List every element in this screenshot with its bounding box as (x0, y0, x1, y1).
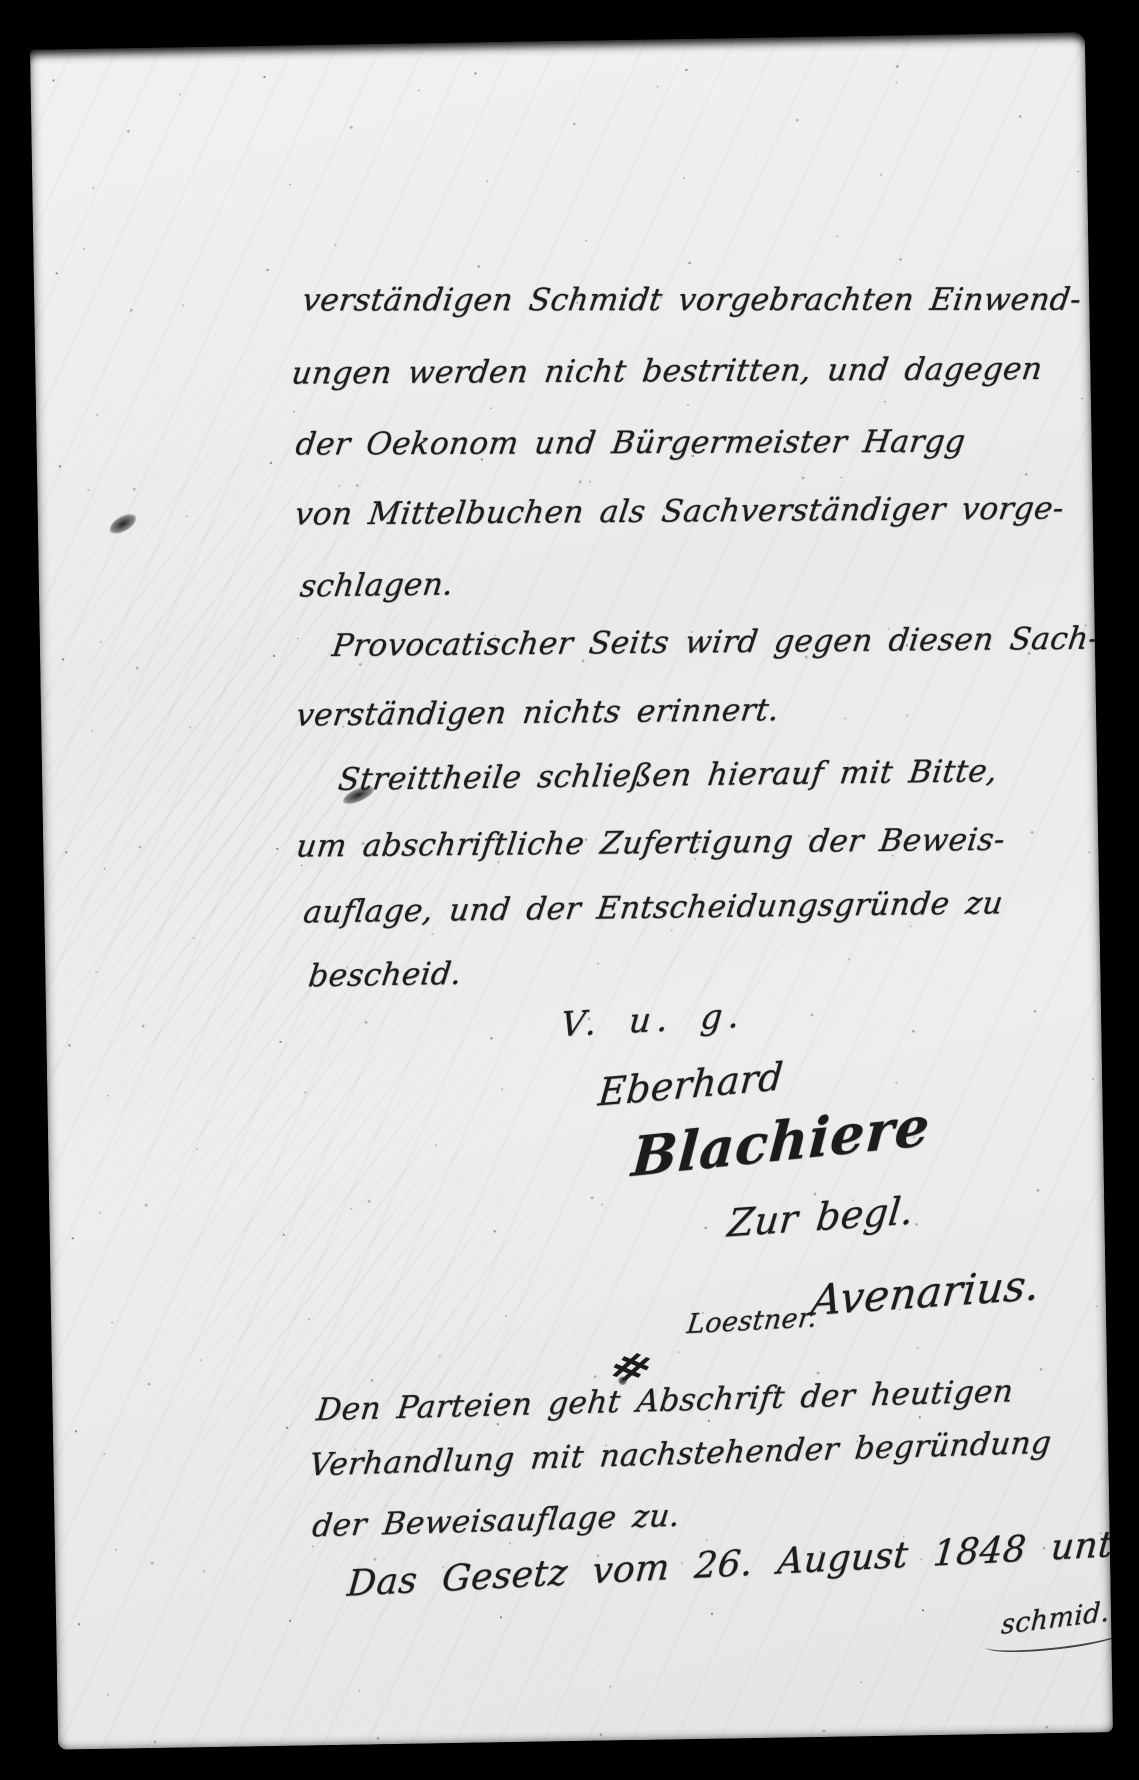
signature-loestner: Loestner. (685, 1304, 819, 1338)
handwriting-line: Provocatischer Seits wird gegen diesen S… (330, 624, 1101, 662)
handwriting-line: bescheid. (307, 959, 464, 993)
handwriting-line: um abschriftliche Zufertigung der Beweis… (294, 825, 1006, 863)
handwriting-line: verständigen Schmidt vorgebrachten Einwe… (300, 285, 1083, 317)
signature-blachiere: Blachiere (630, 1098, 932, 1184)
manuscript-paper: verständigen Schmidt vorgebrachten Einwe… (30, 32, 1113, 1749)
handwriting-line: Den Parteien geht Abschrift der heutigen (315, 1376, 1015, 1426)
handwriting-line: schlagen. (298, 569, 455, 602)
handwriting-line: Verhandlung mit nachstehender begründung (308, 1428, 1053, 1482)
signature-avenarius: Avenarius. (809, 1264, 1042, 1322)
signature-eberhard: Eberhard (597, 1057, 785, 1111)
handwriting-line: verständigen nichts erinnert. (294, 695, 781, 732)
approval-abbreviation: V. u. g. (560, 999, 747, 1043)
handwriting-line: Streittheile schließen hierauf mit Bitte… (336, 756, 999, 796)
handwriting-line: ungen werden nicht bestritten, und dageg… (290, 354, 1045, 390)
handwriting-line: der Beweisauflage zu. (311, 1501, 682, 1543)
handwriting-line: von Mittelbuchen als Sachverständiger vo… (293, 493, 1066, 530)
scan-background: verständigen Schmidt vorgebrachten Einwe… (0, 0, 1139, 1780)
catchword: schmid. (1000, 1598, 1110, 1639)
ink-stain (106, 510, 140, 538)
handwriting-line: auflage, und der Entscheidungsgründe zu (302, 888, 1005, 928)
handwriting-line: der Oekonom und Bürgermeister Hargg (294, 427, 967, 461)
certification-note: Zur begl. (726, 1191, 916, 1242)
